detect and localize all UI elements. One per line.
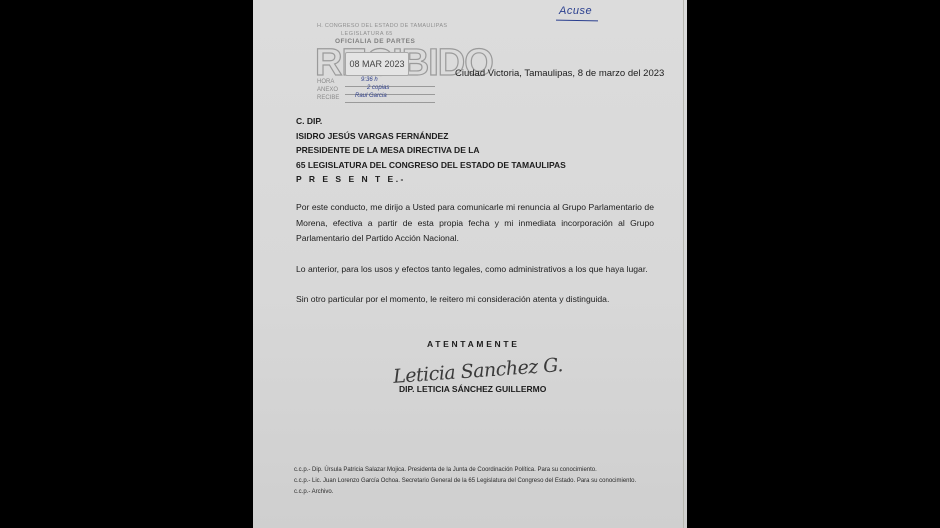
acuse-underline — [556, 20, 598, 22]
stamp-field-label: ANEXO — [317, 87, 338, 93]
body-paragraph: Por este conducto, me dirijo a Usted par… — [296, 200, 654, 247]
stamp-field-label: HORA — [317, 79, 334, 85]
place-and-date: Ciudad Victoria, Tamaulipas, 8 de marzo … — [455, 68, 664, 79]
document-page: Acuse H. CONGRESO DEL ESTADO DE TAMAULIP… — [253, 0, 687, 528]
stamp-date: 08 MAR 2023 — [345, 52, 409, 76]
addressee-block: C. DIP. ISIDRO JESÚS VARGAS FERNÁNDEZ PR… — [296, 114, 566, 187]
handwritten-signature: Leticia Sanchez G. — [392, 354, 563, 388]
stamp-field-value: 9:36 h — [361, 77, 378, 83]
addressee-line: 65 LEGISLATURA DEL CONGRESO DEL ESTADO D… — [296, 158, 566, 173]
stamp-field-value: 2 copias — [367, 85, 389, 91]
addressee-line: C. DIP. — [296, 114, 566, 129]
acuse-handwritten-label: Acuse — [559, 5, 592, 17]
stamp-underline — [345, 102, 435, 103]
stamp-underline — [345, 86, 435, 87]
carbon-copy-list: c.c.p.- Dip. Úrsula Patricia Salazar Moj… — [294, 465, 636, 498]
stamp-field-label: RECIBE — [317, 95, 339, 101]
ccp-line: c.c.p.- Dip. Úrsula Patricia Salazar Moj… — [294, 465, 636, 476]
signer-name: DIP. LETICIA SÁNCHEZ GUILLERMO — [399, 384, 546, 394]
stamp-field-value: Raul Garcia — [355, 93, 387, 99]
body-paragraph: Lo anterior, para los usos y efectos tan… — [296, 262, 654, 278]
received-stamp: H. CONGRESO DEL ESTADO DE TAMAULIPAS LEG… — [311, 18, 441, 103]
body-paragraph: Sin otro particular por el momento, le r… — [296, 292, 654, 308]
closing: ATENTAMENTE — [427, 339, 520, 349]
ccp-line: c.c.p.- Lic. Juan Lorenzo García Ochoa. … — [294, 476, 636, 487]
stamp-legislature: LEGISLATURA 65 — [341, 31, 393, 37]
addressee-line: ISIDRO JESÚS VARGAS FERNÁNDEZ — [296, 129, 566, 144]
addressee-line: PRESIDENTE DE LA MESA DIRECTIVA DE LA — [296, 143, 566, 158]
stamp-institution: H. CONGRESO DEL ESTADO DE TAMAULIPAS — [317, 23, 447, 29]
addressee-line: P R E S E N T E.- — [296, 172, 566, 187]
ccp-line: c.c.p.- Archivo. — [294, 487, 636, 498]
page-edge — [683, 0, 684, 528]
